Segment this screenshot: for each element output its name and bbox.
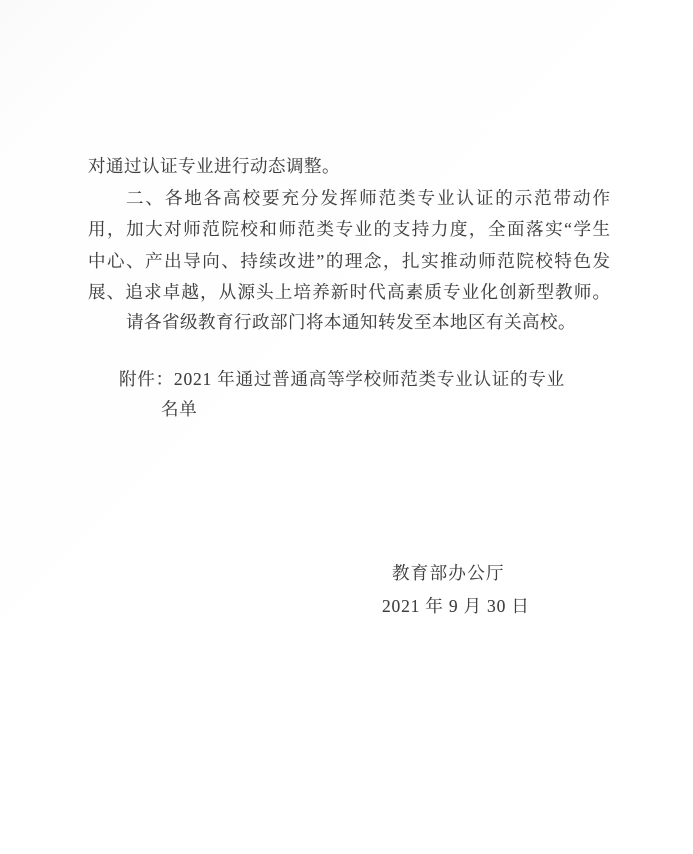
body-line-3: 用，加大对师范院校和师范类专业的支持力度，全面落实“学生 [88,218,610,240]
attachment-line-2: 名单 [161,398,198,420]
body-line-2: 二、各地各高校要充分发挥师范类专业认证的示范带动作 [88,187,610,209]
document-page: 对通过认证专业进行动态调整。 二、各地各高校要充分发挥师范类专业认证的示范带动作… [0,0,693,854]
signature-date: 2021 年 9 月 30 日 [382,595,530,617]
body-line-1: 对通过认证专业进行动态调整。 [88,155,340,177]
signature-issuer: 教育部办公厅 [392,562,505,584]
body-line-6: 请各省级教育行政部门将本通知转发至本地区有关高校。 [126,311,576,333]
body-line-5: 展、追求卓越，从源头上培养新时代高素质专业化创新型教师。 [88,281,610,303]
body-line-4: 中心、产出导向、持续改进”的理念，扎实推动师范院校特色发 [88,250,610,272]
attachment-line-1: 附件：2021 年通过普通高等学校师范类专业认证的专业 [119,368,565,390]
